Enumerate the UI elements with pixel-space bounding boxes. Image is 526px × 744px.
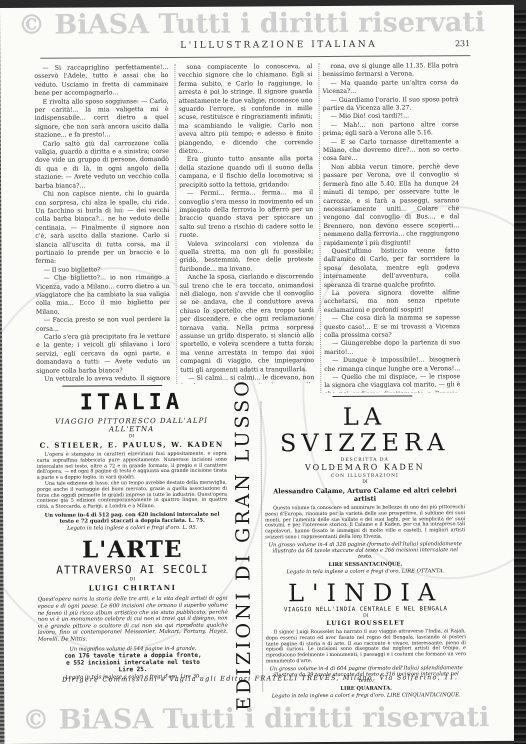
ad-india-subtitle: VIAGGIO NELL'INDIA CENTRALE E NEL BENGAL… (266, 606, 466, 613)
ad-italia-paragraph: L'opera è stampata in caratteri elzeviri… (37, 452, 227, 482)
story-paragraph: — Dunque è impossibile!... bisognerà che… (324, 356, 460, 374)
story-paragraph: Un vetturale lo aveva veduto. Il signore… (36, 375, 170, 383)
story-paragraph: Chi non capisce niente, chi lo guarda co… (35, 190, 169, 266)
story-paragraph: — Faccia presto se non vuol perdere la c… (36, 316, 170, 334)
vertical-banner-text: EDIZIONI DI GRAN LUSSO (231, 378, 255, 711)
story-paragraph: — Quello che mi dispiace, — le rispose l… (324, 373, 460, 393)
ad-arte-body: Quest'opera narra la storia delle tre ar… (38, 596, 228, 643)
story-paragraph: Voleva svincolarsi con violenza da quell… (179, 240, 313, 274)
story-paragraph: — Fermi... ferma... ferma... ma il convo… (179, 189, 313, 240)
story-paragraph: — Giungerebbe dopo la partenza di suo ma… (324, 340, 460, 358)
ad-arte-price-line: Lire 25. (38, 665, 228, 673)
ad-italia-price: Un volume in-4 di 512 pag. con 420 incis… (37, 512, 227, 526)
story-paragraph: — Mah!... non partono altre corse prima;… (323, 121, 459, 139)
story-paragraph: — Che biglietto?... io non rimango a Vic… (36, 274, 170, 317)
watermark-top: © BiASA Tutti i diritti riservati (18, 7, 485, 41)
ad-india-body: Il signor Luigi Rousselet ha narrato il … (266, 629, 466, 665)
ad-svizzera-binding: Legato in tela inglese a colori e fregi … (265, 568, 465, 575)
story-paragraph: Carlo saltò giù dal carrozzone colla val… (35, 140, 169, 191)
story-paragraph: Carlo s'era già precipitato fra le vettu… (36, 333, 170, 376)
story-column-2: sona compiacente lo conosceva, al vecchi… (174, 63, 314, 384)
story-paragraph: — E se Carlo tornasse direttamente a Mil… (323, 138, 459, 164)
ad-svizzera-price: Un grosso volume in-4 di 328 pagine (for… (265, 541, 465, 560)
vertical-banner: EDIZIONI DI GRAN LUSSO (228, 401, 258, 686)
story-paragraph: sona compiacente lo conosceva, al vecchi… (178, 63, 313, 156)
ad-arte-title: L'ARTE (37, 537, 227, 564)
ad-arte-subtitle: ATTRAVERSO AI SECOLI (37, 563, 227, 577)
ad-italia-title: ITALIA (36, 391, 226, 416)
story-paragraph: rona, ove si giunge alle 11.35. Ella pot… (322, 62, 458, 80)
ad-india-title: L'INDIA (265, 578, 465, 607)
ad-arte-author: LUIGI CHIRTANI (38, 583, 228, 593)
story-paragraph: Anche la sposa, ciarlando e discorrendo … (180, 273, 315, 375)
story-column-1: — Si raccapriglino perfettamente!... oss… (34, 64, 170, 383)
story-column-3: rona, ove si giunge alle 11.35. Ella pot… (318, 62, 460, 393)
ad-svizzera-di: DI (265, 479, 465, 485)
ad-svizzera-body: Questo volume fa conoscere ed ammirare l… (265, 505, 465, 541)
ad-india-author: LUIGI ROUSSELET (266, 619, 466, 627)
story-paragraph: — Che cosa dirà la mamma se sapesse ques… (324, 314, 460, 340)
ad-italia-subtitle: VIAGGIO PITTORESCO DALL'ALPI ALL'ETNA (37, 417, 227, 434)
ad-arte-price: Un magnifico volume di 544 pagine in-4 g… (38, 645, 228, 673)
story-paragraph: La povera signora dovette alfine accheta… (324, 289, 460, 315)
ad-svizzera: LA SVIZZERA DESCRITTA DA VOLDEMARO KADEN… (264, 403, 466, 699)
story-paragraph: — Guardiamo l'orario. Il suo sposo potrà… (323, 96, 459, 114)
story-paragraph: — Ma quando parte un'altra corsa da Vice… (322, 79, 458, 97)
ad-italia-authors: C. STIELER, E. PAULUS, W. KADEN (37, 440, 227, 450)
ad-svizzera-paragraph: Questo volume fa conoscere ed ammirare l… (265, 505, 465, 541)
ad-italia: ITALIA VIAGGIO PITTORESCO DALL'ALPI ALL'… (36, 391, 228, 681)
story-paragraph: Non abbia verun timore, perchè deve pass… (323, 163, 460, 248)
ad-svizzera-illustrators: Alessandro Calame, Arturo Calame ed altr… (265, 486, 465, 503)
story-paragraph: — Si raccapriglino perfettamente!... oss… (34, 64, 168, 98)
ad-india-price-bold: LIRE QUARANTA. (266, 685, 466, 692)
ad-italia-paragraph: Una tale edizione di lusso, che un tempo… (37, 481, 227, 511)
ad-svizzera-price-bold: LIRE SESSANTACINQUE. (265, 561, 465, 568)
ad-arte-price-line: e 552 incisioni intercalate nel testo (38, 658, 228, 666)
ad-svizzera-author: VOLDEMARO KADEN (265, 462, 465, 472)
running-title: L'ILLUSTRAZIONE ITALIANA (180, 40, 377, 51)
watermark-bottom: © BiASA Tutti i diritti riservati (22, 702, 489, 736)
page-number: 231 (455, 39, 470, 48)
scan-right-edge (514, 10, 526, 744)
ad-italia-body: L'opera è stampata in caratteri elzeviri… (37, 452, 227, 511)
story-paragraph: Era giunto tutto ansante alla porta dell… (179, 156, 313, 190)
ad-india-binding: Legato in tela inglese a colori e fregi … (266, 692, 466, 699)
ad-india-paragraph: Il signor Luigi Rousselet ha narrato il … (266, 629, 466, 665)
story-paragraph: Quest'ultimo bisticcio venne fatto dall'… (323, 247, 459, 290)
story-paragraph: E rivolta allo sposo soggiunse: — Carlo,… (35, 98, 169, 141)
newspaper-page: © BiASA Tutti i diritti riservati L'ILLU… (0, 5, 518, 744)
ad-svizzera-title: LA SVIZZERA (264, 403, 464, 456)
ad-italia-binding: Legato in tela inglese a colori e fregi … (37, 525, 227, 532)
